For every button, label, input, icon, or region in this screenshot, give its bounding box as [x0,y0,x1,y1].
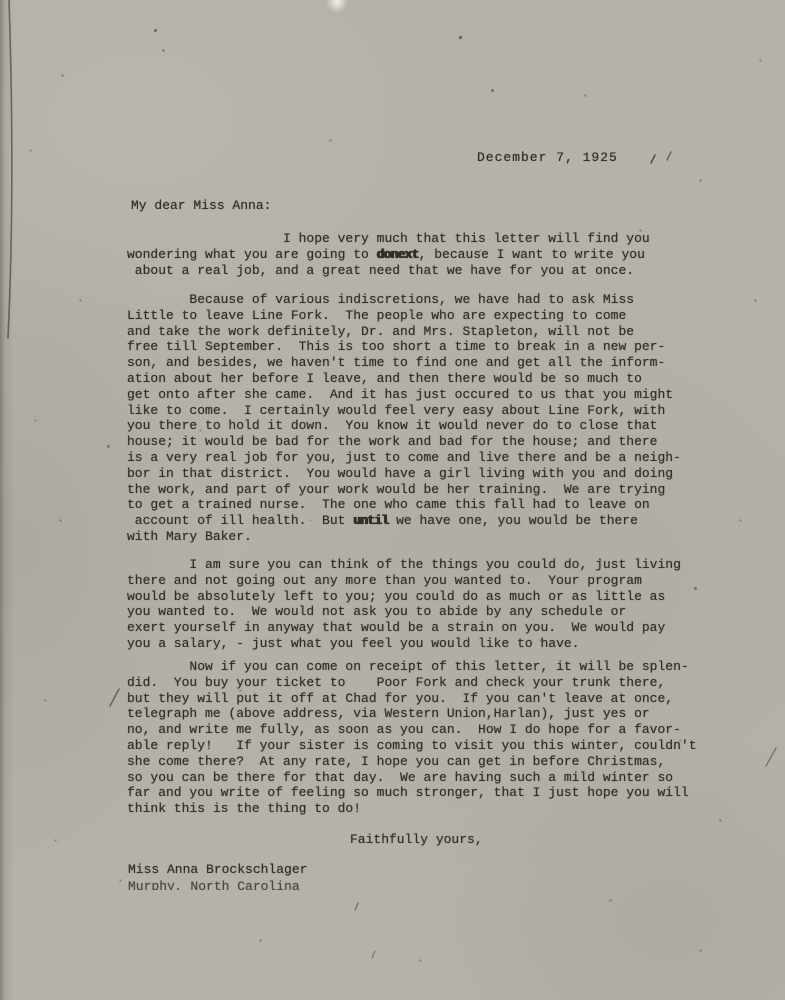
letter-line: but they will put it off at Chad for you… [127,691,697,707]
letter-line: bor in that district. You would have a g… [127,466,681,482]
letter-line: ation about her before I leave, and then… [127,371,681,387]
letter-line: telegraph me (above address, via Western… [127,706,697,722]
overstruck-word: donext [377,247,419,262]
pen-tick-mark [651,155,655,163]
letter-line: is a very real job for you, just to come… [127,450,681,466]
signature-address-clipped: Murphy, North Carolina [128,879,300,890]
paragraph-1: I hope very much that this letter will f… [127,231,650,278]
letter-line: able reply! If your sister is coming to … [127,738,697,754]
line-text: wondering what you are going to [127,247,377,262]
letter-line: like to come. I certainly would feel ver… [127,403,681,419]
letter-line: did. You buy your ticket to Poor Fork an… [127,675,697,691]
paper-speckles [0,0,1,1]
letter-line: with Mary Baker. [127,529,681,545]
pen-slash-mark [110,689,119,706]
letter-line: no, and write me fully, as soon as you c… [127,722,697,738]
letter-line: Because of various indiscretions, we hav… [127,292,681,308]
paragraph-2: Because of various indiscretions, we hav… [127,292,681,545]
scanned-letter-page: December 7, 1925 My dear Miss Anna: I ho… [0,0,785,1000]
letter-line: so you can be there for that day. We are… [127,770,697,786]
letter-line: I am sure you can think of the things yo… [127,557,681,573]
letter-line: free till September. This is too short a… [127,339,681,355]
letter-line: Little to leave Line Fork. The people wh… [127,308,681,324]
signature-address: Murphy, North Carolina [128,879,300,890]
letter-line: wondering what you are going to donext, … [127,247,650,263]
letter-line: would be absolutely left to you; you cou… [127,589,681,605]
pen-slash-mark [766,748,776,766]
letter-line: there and not going out any more than yo… [127,573,681,589]
letter-line: Now if you can come on receipt of this l… [127,659,697,675]
letter-line: get onto after she came. And it has just… [127,387,681,403]
letter-line: the work, and part of your work would be… [127,482,681,498]
overstruck-word: until [353,513,388,528]
letter-line: far and you write of feeling so much str… [127,785,697,801]
line-text: we have one, you would be there [388,513,638,528]
letter-line: you a salary, - just what you feel you w… [127,636,681,652]
letter-line: she come there? At any rate, I hope you … [127,754,697,770]
letter-closing: Faithfully yours, [350,832,483,848]
letter-line: exert yourself in anyway that would be a… [127,620,681,636]
letter-line: about a real job, and a great need that … [127,263,650,279]
letter-line: I hope very much that this letter will f… [127,231,650,247]
pen-tick-mark [355,903,358,910]
letter-line: house; it would be bad for the work and … [127,434,681,450]
line-text: account of ill health. But [127,513,353,528]
letter-line: son, and besides, we haven't time to fin… [127,355,681,371]
pen-tick-mark [372,951,375,958]
letter-line: you wanted to. We would not ask you to a… [127,604,681,620]
letter-salutation: My dear Miss Anna: [131,198,271,214]
letter-line: and take the work definitely, Dr. and Mr… [127,324,681,340]
letter-date: December 7, 1925 [477,150,618,166]
pen-tick-mark [667,152,671,160]
paragraph-3: I am sure you can think of the things yo… [127,557,681,652]
paper-crease-mark [8,0,12,338]
letter-line: you there to hold it down. You know it w… [127,418,681,434]
letter-line: account of ill health. But until we have… [127,513,681,529]
letter-line: to get a trained nurse. The one who came… [127,497,681,513]
signature-name: Miss Anna Brockschlager [128,862,307,878]
letter-line: think this is the thing to do! [127,801,697,817]
line-text: , because I want to write you [419,247,645,262]
paragraph-4: Now if you can come on receipt of this l… [127,659,697,817]
